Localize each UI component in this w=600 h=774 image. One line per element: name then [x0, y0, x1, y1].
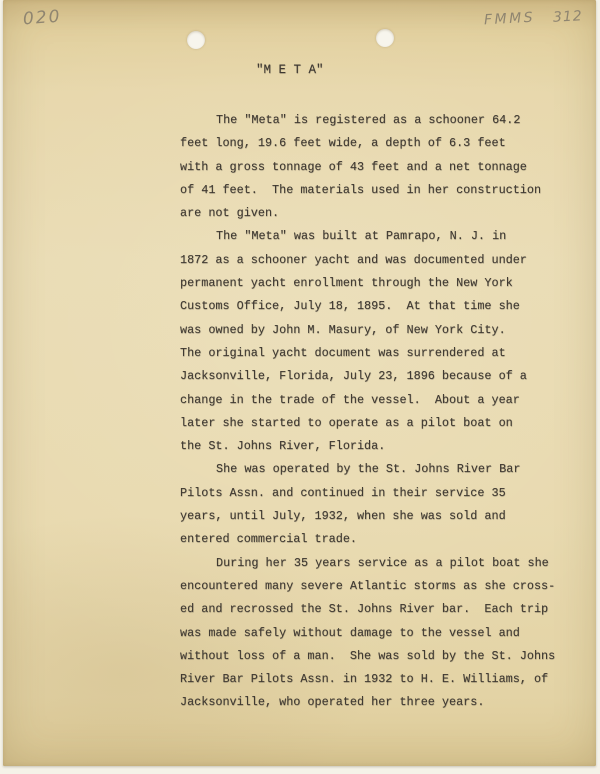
text-line: without loss of a man. She was sold by t…: [180, 645, 580, 668]
text-line: The "Meta" was built at Pamrapo, N. J. i…: [180, 225, 580, 248]
text-line: ed and recrossed the St. Johns River bar…: [180, 598, 580, 621]
text-line: encountered many severe Atlantic storms …: [180, 575, 580, 598]
punch-hole-right: [376, 29, 394, 47]
document-title: "M E T A": [256, 63, 324, 77]
text-line: The "Meta" is registered as a schooner 6…: [180, 109, 580, 132]
pencil-annotation-number: 312: [553, 8, 584, 26]
punch-hole-left: [187, 31, 205, 49]
text-line: River Bar Pilots Assn. in 1932 to H. E. …: [180, 668, 580, 691]
text-line: of 41 feet. The materials used in her co…: [180, 179, 580, 202]
document-page: 020 FMMS 312 "M E T A" The "Meta" is reg…: [3, 0, 596, 766]
text-line: later she started to operate as a pilot …: [180, 412, 580, 435]
scan-background: 020 FMMS 312 "M E T A" The "Meta" is reg…: [0, 0, 600, 774]
text-line: was owned by John M. Masury, of New York…: [180, 319, 580, 342]
text-line: was made safely without damage to the ve…: [180, 622, 580, 645]
text-line: with a gross tonnage of 43 feet and a ne…: [180, 156, 580, 179]
text-line: years, until July, 1932, when she was so…: [180, 505, 580, 528]
text-line: 1872 as a schooner yacht and was documen…: [180, 249, 580, 272]
pencil-annotation-code: FMMS: [484, 10, 536, 29]
text-line: are not given.: [180, 202, 580, 225]
text-line: Customs Office, July 18, 1895. At that t…: [180, 295, 580, 318]
text-line: permanent yacht enrollment through the N…: [180, 272, 580, 295]
text-line: Jacksonville, who operated her three yea…: [180, 691, 580, 714]
text-line: Pilots Assn. and continued in their serv…: [180, 482, 580, 505]
pencil-annotation-top-left: 020: [22, 7, 62, 30]
text-line: the St. Johns River, Florida.: [180, 435, 580, 458]
text-line: She was operated by the St. Johns River …: [180, 458, 580, 481]
text-line: entered commercial trade.: [180, 528, 580, 551]
text-line: change in the trade of the vessel. About…: [180, 389, 580, 412]
text-line: feet long, 19.6 feet wide, a depth of 6.…: [180, 132, 580, 155]
text-line: The original yacht document was surrende…: [180, 342, 580, 365]
document-body: The "Meta" is registered as a schooner 6…: [180, 109, 580, 715]
text-line: Jacksonville, Florida, July 23, 1896 bec…: [180, 365, 580, 388]
text-line: During her 35 years service as a pilot b…: [180, 552, 580, 575]
